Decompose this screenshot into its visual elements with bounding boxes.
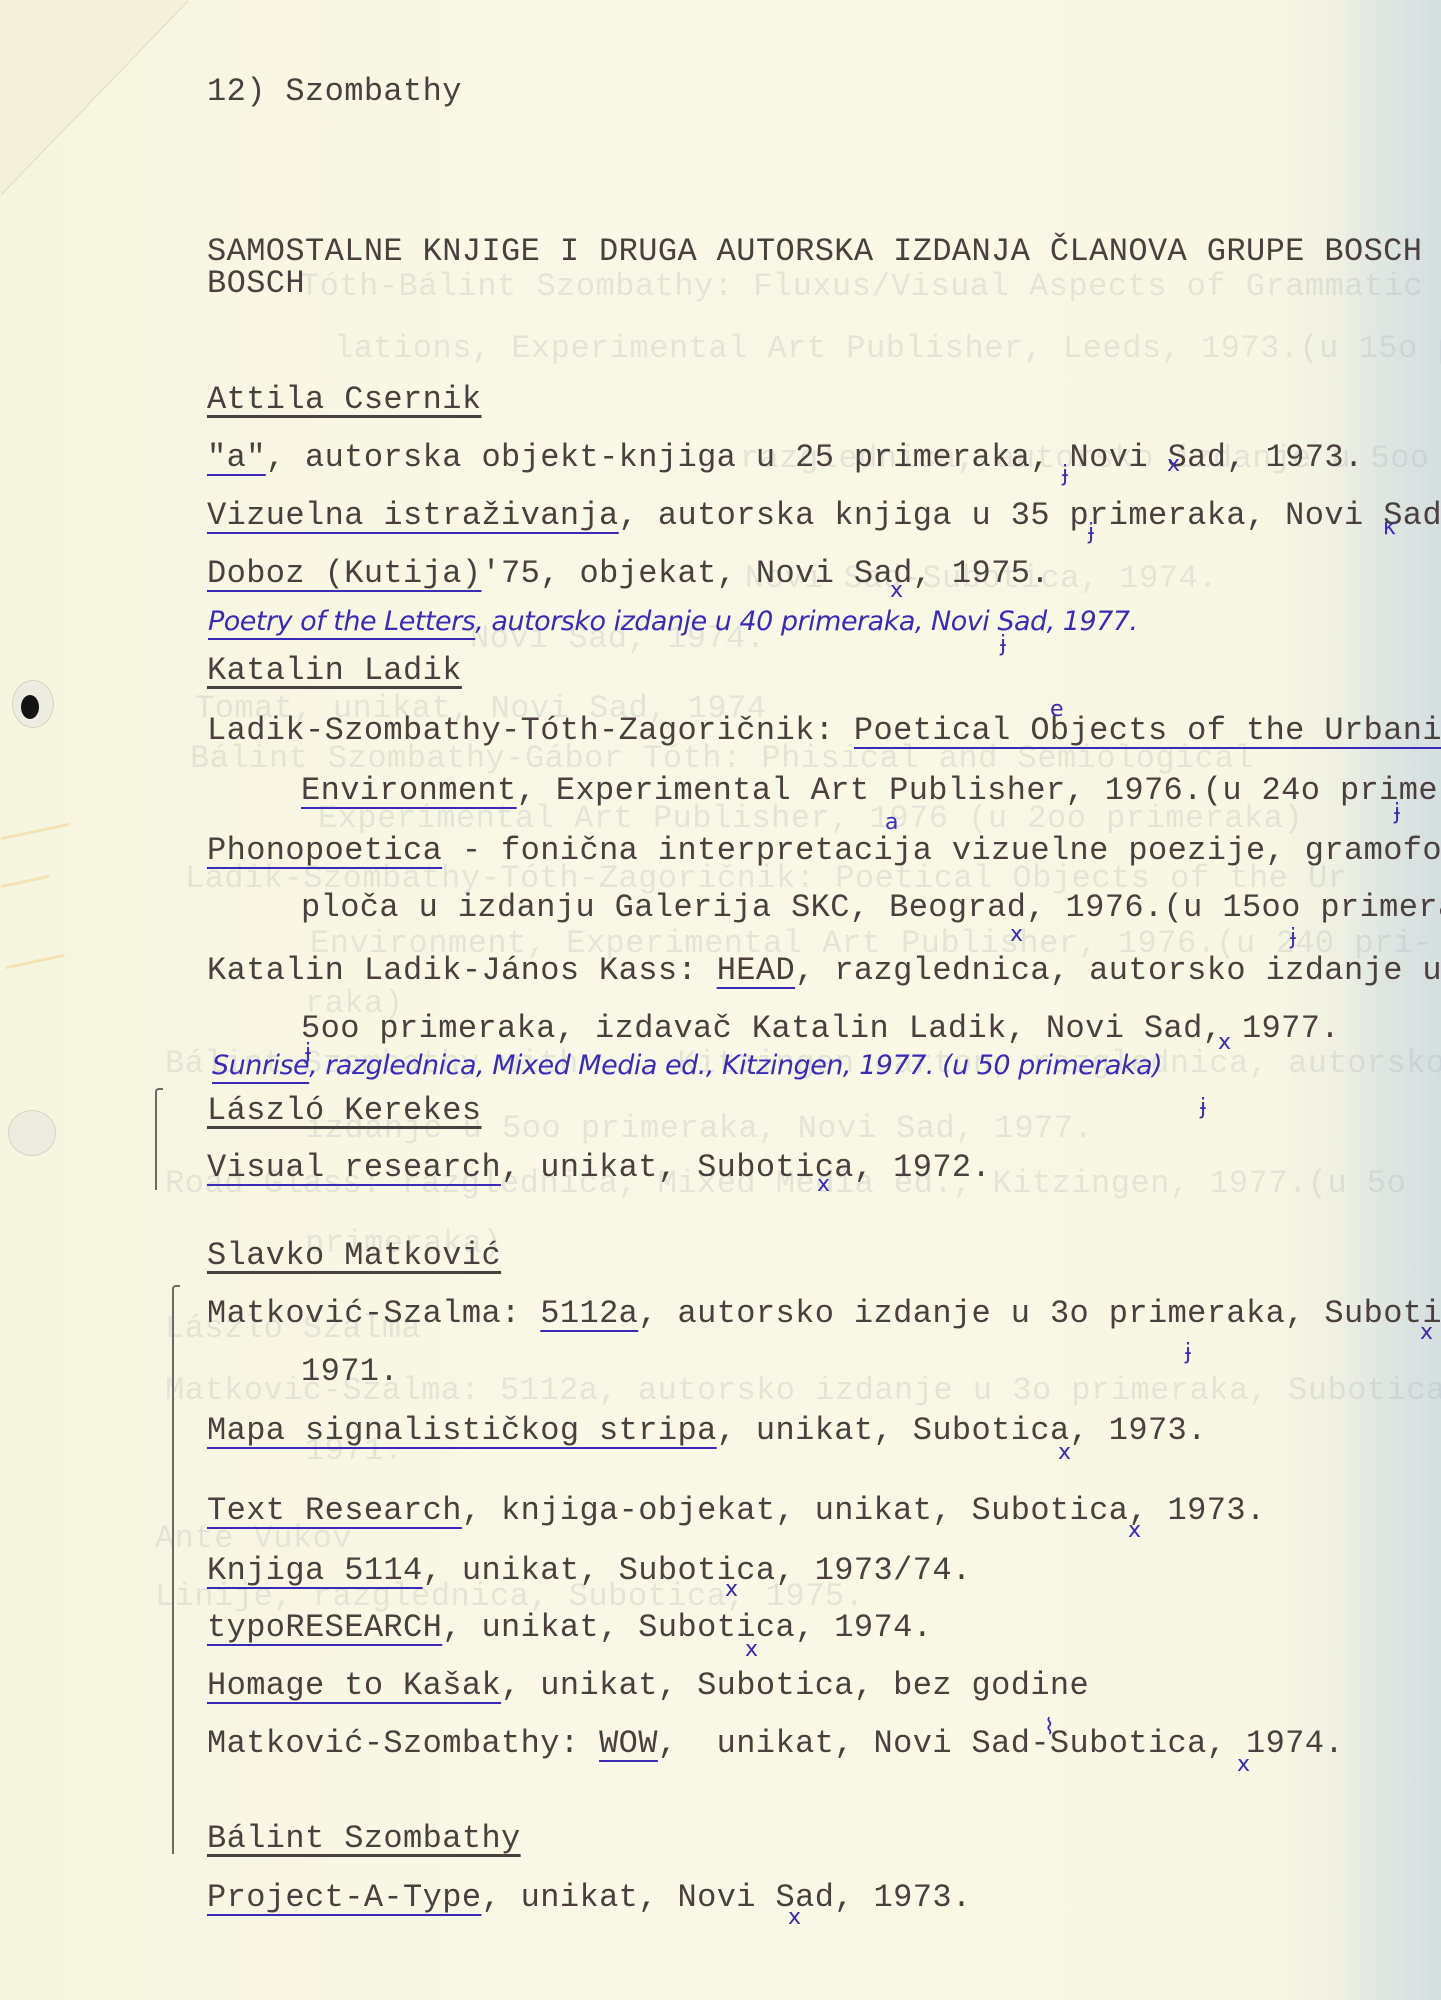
handwritten-entry: Sunrise, razglednica, Mixed Media ed., K… bbox=[212, 1050, 1162, 1081]
entry: Matković-Szalma: 5112a, autorsko izdanje… bbox=[207, 1298, 1441, 1330]
entry: Knjiga 5114, unikat, Subotica, 1973/74. bbox=[207, 1555, 972, 1587]
correction-mark-hyphen: ⌇ bbox=[1044, 1715, 1055, 1740]
correction-mark: ɉ bbox=[1062, 462, 1068, 487]
document-title-cont: BOSCH bbox=[207, 268, 305, 300]
author-heading: Slavko Matković bbox=[207, 1240, 501, 1272]
comma-mark: x bbox=[1128, 1518, 1141, 1543]
entry: typoRESEARCH, unikat, Subotica, 1974. bbox=[207, 1612, 932, 1644]
correction-mark: ɉ bbox=[1000, 632, 1006, 657]
entry-continuation: 1971. bbox=[301, 1356, 399, 1388]
comma-mark: x bbox=[817, 1172, 830, 1197]
entry-continuation: ploča u izdanju Galerija SKC, Beograd, 1… bbox=[301, 892, 1441, 924]
correction-mark: ɉ bbox=[305, 1040, 311, 1065]
correction-mark-e: e bbox=[1050, 697, 1064, 722]
correction-mark: ɉ bbox=[1200, 1095, 1206, 1120]
comma-mark: x bbox=[745, 1637, 758, 1662]
ghost-line: Tóth-Bálint Szombathy: Fluxus/Visual Asp… bbox=[300, 268, 1441, 305]
pencil-bracket bbox=[172, 1285, 180, 1854]
entry: Phonopoetica - fonična interpretacija vi… bbox=[207, 835, 1441, 867]
correction-mark: ɉ bbox=[1088, 520, 1094, 545]
entry: Visual research, unikat, Subotica, 1972. bbox=[207, 1152, 991, 1184]
entry: Text Research, knjiga-objekat, unikat, S… bbox=[207, 1495, 1266, 1527]
comma-mark: κ bbox=[1383, 515, 1396, 540]
entry: Project-A-Type, unikat, Novi Sad, 1973. bbox=[207, 1882, 972, 1914]
entry: Vizuelna istraživanja, autorska knjiga u… bbox=[207, 500, 1441, 532]
comma-mark: x bbox=[1167, 452, 1180, 477]
ink-blot bbox=[21, 695, 39, 719]
entry: Doboz (Kutija)'75, objekat, Novi Sad, 19… bbox=[207, 558, 1050, 590]
entry: Mapa signalističkog stripa, unikat, Subo… bbox=[207, 1415, 1207, 1447]
author-heading: Katalin Ladik bbox=[207, 655, 462, 687]
correction-mark: ɉ bbox=[1290, 925, 1296, 950]
ghost-line: lations, Experimental Art Publisher, Lee… bbox=[334, 330, 1441, 367]
comma-mark: x bbox=[1237, 1752, 1250, 1777]
comma-mark: x bbox=[1218, 1030, 1231, 1055]
entry: Homage to Kašak, unikat, Subotica, bez g… bbox=[207, 1670, 1089, 1702]
comma-mark: x bbox=[725, 1577, 738, 1602]
document-title: SAMOSTALNE KNJIGE I DRUGA AUTORSKA IZDAN… bbox=[207, 236, 1441, 268]
handwritten-entry: Poetry of the Letters, autorsko izdanje … bbox=[208, 606, 1138, 637]
entry-continuation: 5oo primeraka, izdavač Katalin Ladik, No… bbox=[301, 1013, 1340, 1045]
comma-mark: x bbox=[788, 1905, 801, 1930]
entry-continuation: Environment, Experimental Art Publisher,… bbox=[301, 775, 1441, 807]
correction-mark: ɉ bbox=[1185, 1340, 1191, 1365]
correction-mark: ɉ bbox=[1394, 800, 1400, 825]
page-heading: 12) Szombathy bbox=[207, 76, 462, 108]
entry: Matković-Szombathy: WOW, unikat, Novi Sa… bbox=[207, 1728, 1344, 1760]
entry: Katalin Ladik-János Kass: HEAD, razgledn… bbox=[207, 955, 1441, 987]
author-heading: Bálint Szombathy bbox=[207, 1823, 521, 1855]
author-heading: László Kerekes bbox=[207, 1095, 481, 1127]
punch-hole bbox=[8, 1110, 56, 1156]
comma-mark: x bbox=[1010, 922, 1023, 947]
comma-mark: x bbox=[890, 578, 903, 603]
folded-corner bbox=[0, 0, 188, 195]
entry: Ladik-Szombathy-Tóth-Zagoričnik: Poetica… bbox=[207, 715, 1441, 747]
comma-mark: x bbox=[1058, 1440, 1071, 1465]
pencil-bracket bbox=[155, 1088, 163, 1190]
entry: "a", autorska objekt-knjiga u 25 primera… bbox=[207, 442, 1364, 474]
author-heading: Attila Csernik bbox=[207, 384, 481, 416]
correction-mark-a: a bbox=[885, 810, 898, 835]
punch-hole-inked bbox=[12, 680, 54, 728]
comma-mark: x bbox=[1420, 1320, 1433, 1345]
